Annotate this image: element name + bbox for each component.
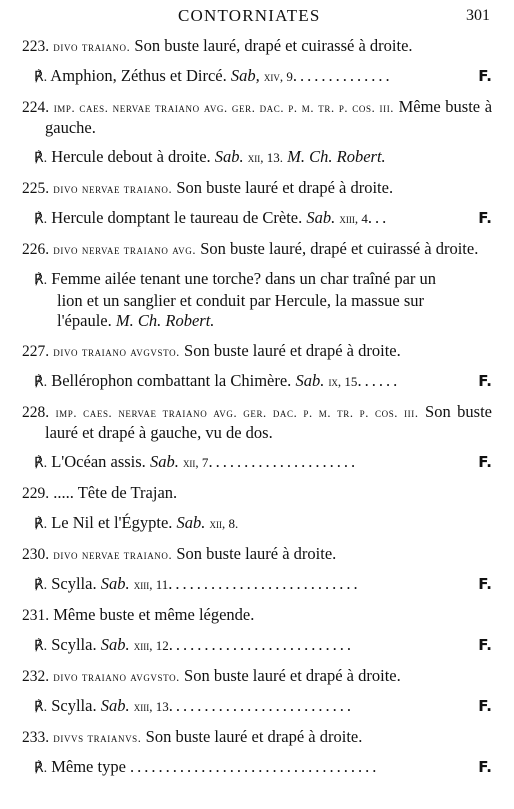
rarity-mark: F. bbox=[478, 635, 492, 655]
reverse-symbol-icon: ℟. bbox=[34, 761, 47, 776]
page-number: 301 bbox=[466, 7, 490, 25]
reverse-text: L'Océan assis. bbox=[51, 452, 146, 471]
rarity-mark: F. bbox=[478, 696, 492, 716]
reverse-text: Hercule debout à droite. bbox=[51, 147, 210, 166]
rarity-mark: F. bbox=[478, 208, 492, 228]
rarity-mark: F. bbox=[478, 574, 492, 594]
obverse-text: Son buste lauré et drapé à droite. bbox=[176, 178, 393, 197]
reverse-symbol-icon: ℟. bbox=[34, 700, 47, 715]
obverse-text: ..... Tête de Trajan. bbox=[53, 483, 177, 502]
dot-leader: .......................... bbox=[169, 635, 354, 654]
catalog-entry: 224. imp. caes. nervae traiano avg. ger.… bbox=[22, 97, 492, 169]
entry-number: 225. bbox=[22, 180, 49, 197]
dot-leader: ... bbox=[368, 208, 389, 227]
reference-source: Sab. bbox=[215, 147, 244, 166]
reverse-text: Le Nil et l'Égypte. bbox=[51, 513, 172, 532]
obverse-text: Son buste lauré à droite. bbox=[176, 544, 336, 563]
dot-leader: ...... bbox=[357, 371, 400, 390]
coin-legend: divo nervae traiano. bbox=[53, 548, 172, 562]
entry-number: 233. bbox=[22, 729, 49, 746]
obverse-description: 225. divo nervae traiano. Son buste laur… bbox=[22, 178, 492, 199]
obverse-description: 231. Même buste et même légende. bbox=[22, 605, 492, 626]
reverse-symbol-icon: ℟. bbox=[34, 517, 47, 532]
dot-leader: ................................... bbox=[130, 757, 379, 776]
catalog-entry: 223. divo traiano. Son buste lauré, drap… bbox=[22, 36, 492, 88]
reverse-text: Bellérophon combattant la Chimère. bbox=[51, 371, 291, 390]
obverse-text: Son buste lauré, drapé et cuirassé à dro… bbox=[134, 36, 412, 55]
reverse-text: Hercule domptant le taureau de Crète. bbox=[51, 208, 302, 227]
reverse-text: Scylla. bbox=[51, 635, 96, 654]
coin-legend: imp. caes. nervae traiano avg. ger. dac.… bbox=[56, 406, 419, 420]
reverse-symbol-icon: ℟. bbox=[34, 70, 47, 85]
entry-number: 230. bbox=[22, 546, 49, 563]
reverse-description: ℟. Amphion, Zéthus et Dircé. Sab, xiv, 9… bbox=[22, 66, 492, 88]
obverse-text: Son buste lauré et drapé à droite. bbox=[184, 341, 401, 360]
reverse-description: ℟. Même type ...........................… bbox=[22, 757, 492, 779]
reference-source: Sab. bbox=[101, 635, 130, 654]
reference-plate: xiii, 12 bbox=[134, 638, 169, 653]
reverse-symbol-icon: ℟. bbox=[34, 578, 47, 593]
reverse-symbol-icon: ℟. bbox=[34, 456, 47, 471]
obverse-description: 230. divo nervae traiano. Son buste laur… bbox=[22, 544, 492, 565]
entry-number: 231. bbox=[22, 607, 49, 624]
obverse-description: 224. imp. caes. nervae traiano avg. ger.… bbox=[22, 97, 492, 138]
obverse-description: 228. imp. caes. nervae traiano avg. ger.… bbox=[22, 402, 492, 443]
obverse-text: Son buste lauré, drapé et cuirassé à dro… bbox=[200, 239, 478, 258]
entry-number: 223. bbox=[22, 38, 49, 55]
reference-source: Sab. bbox=[306, 208, 335, 227]
obverse-description: 233. divvs traianvs. Son buste lauré et … bbox=[22, 727, 492, 748]
entry-number: 228. bbox=[22, 404, 49, 421]
entry-number: 227. bbox=[22, 343, 49, 360]
reference-source: Sab. bbox=[101, 696, 130, 715]
rarity-mark: F. bbox=[478, 757, 492, 777]
reverse-text: Scylla. bbox=[51, 574, 96, 593]
coin-legend: imp. caes. nervae traiano avg. ger. dac.… bbox=[54, 101, 394, 115]
reverse-description: ℟. Bellérophon combattant la Chimère. Sa… bbox=[22, 371, 492, 393]
entry-number: 226. bbox=[22, 241, 49, 258]
reverse-text: Femme ailée tenant une torche? dans un c… bbox=[51, 269, 436, 330]
reference-plate: xiii, 13 bbox=[134, 699, 169, 714]
coin-legend: divo traiano. bbox=[53, 40, 130, 54]
coin-legend: divo traiano avgvsto. bbox=[53, 345, 180, 359]
obverse-description: 227. divo traiano avgvsto. Son buste lau… bbox=[22, 341, 492, 362]
reverse-symbol-icon: ℟. bbox=[34, 273, 47, 288]
reverse-text: Amphion, Zéthus et Dircé. bbox=[50, 66, 226, 85]
obverse-text: Son buste lauré et drapé à droite. bbox=[146, 727, 363, 746]
catalog-entry: 229. ..... Tête de Trajan.℟. Le Nil et l… bbox=[22, 483, 492, 535]
catalog-entry: 231. Même buste et même légende.℟. Scyll… bbox=[22, 605, 492, 657]
obverse-description: 229. ..... Tête de Trajan. bbox=[22, 483, 492, 504]
coin-legend: divo nervae traiano avg. bbox=[53, 243, 196, 257]
reference-plate: xii, 8. bbox=[210, 516, 239, 531]
entry-number: 224. bbox=[22, 99, 49, 116]
reverse-description: ℟. Le Nil et l'Égypte. Sab. xii, 8. bbox=[22, 513, 492, 535]
page-header: CONTORNIATES 301 bbox=[0, 6, 514, 28]
reverse-text: Même type bbox=[51, 757, 126, 776]
obverse-text: Son buste lauré et drapé à droite. bbox=[184, 666, 401, 685]
coin-legend: divo traiano avgvsto. bbox=[53, 670, 180, 684]
catalog-entry: 233. divvs traianvs. Son buste lauré et … bbox=[22, 727, 492, 779]
obverse-text: Même buste et même légende. bbox=[53, 605, 254, 624]
reference-plate: xii, 13. bbox=[248, 150, 283, 165]
running-title: CONTORNIATES bbox=[178, 6, 321, 26]
catalog-entry: 230. divo nervae traiano. Son buste laur… bbox=[22, 544, 492, 596]
obverse-description: 226. divo nervae traiano avg. Son buste … bbox=[22, 239, 492, 260]
reverse-symbol-icon: ℟. bbox=[34, 212, 47, 227]
document-page: CONTORNIATES 301 223. divo traiano. Son … bbox=[0, 0, 514, 809]
dot-leader: ........................... bbox=[168, 574, 360, 593]
entry-number: 232. bbox=[22, 668, 49, 685]
rarity-mark: F. bbox=[478, 452, 492, 472]
obverse-description: 232. divo traiano avgvsto. Son buste lau… bbox=[22, 666, 492, 687]
reference-source: Sab, bbox=[231, 66, 260, 85]
coin-legend: divo nervae traiano. bbox=[53, 182, 172, 196]
coin-legend: divvs traianvs. bbox=[53, 731, 141, 745]
reverse-symbol-icon: ℟. bbox=[34, 375, 47, 390]
dot-leader: .......................... bbox=[169, 696, 354, 715]
entry-number: 229. bbox=[22, 485, 49, 502]
reference-plate: xii, 7 bbox=[183, 455, 209, 470]
catalog-entry: 225. divo nervae traiano. Son buste laur… bbox=[22, 178, 492, 230]
reference-source: Sab. bbox=[177, 513, 206, 532]
catalog-entry: 232. divo traiano avgvsto. Son buste lau… bbox=[22, 666, 492, 718]
reference-source: Sab. bbox=[101, 574, 130, 593]
obverse-description: 223. divo traiano. Son buste lauré, drap… bbox=[22, 36, 492, 57]
reverse-description: ℟. Hercule debout à droite. Sab. xii, 13… bbox=[22, 147, 492, 169]
reference-source: Sab. bbox=[295, 371, 324, 390]
catalog-entry: 228. imp. caes. nervae traiano avg. ger.… bbox=[22, 402, 492, 474]
dot-leader: .............. bbox=[293, 66, 393, 85]
reverse-description: ℟. Femme ailée tenant une torche? dans u… bbox=[22, 269, 492, 332]
reverse-description: ℟. Scylla. Sab. xiii, 12................… bbox=[22, 635, 492, 657]
collection-note: M. Ch. Robert. bbox=[287, 147, 386, 166]
reverse-description: ℟. Hercule domptant le taureau de Crète.… bbox=[22, 208, 492, 230]
reverse-description: ℟. Scylla. Sab. xiii, 13................… bbox=[22, 696, 492, 718]
reverse-symbol-icon: ℟. bbox=[34, 639, 47, 654]
reference-plate: ix, 15 bbox=[328, 374, 357, 389]
reference-plate: xiii, 4 bbox=[339, 211, 368, 226]
catalog-entry: 227. divo traiano avgvsto. Son buste lau… bbox=[22, 341, 492, 393]
rarity-mark: F. bbox=[478, 371, 492, 391]
reference-plate: xiii, 11 bbox=[134, 577, 169, 592]
dot-leader: ..................... bbox=[208, 452, 358, 471]
catalog-entry: 226. divo nervae traiano avg. Son buste … bbox=[22, 239, 492, 332]
reference-plate: xiv, 9 bbox=[264, 69, 293, 84]
reverse-description: ℟. L'Océan assis. Sab. xii, 7...........… bbox=[22, 452, 492, 474]
rarity-mark: F. bbox=[478, 66, 492, 86]
catalog-entries: 223. divo traiano. Son buste lauré, drap… bbox=[22, 36, 492, 788]
collection-note: M. Ch. Robert. bbox=[116, 311, 215, 330]
reverse-symbol-icon: ℟. bbox=[34, 151, 47, 166]
reference-source: Sab. bbox=[150, 452, 179, 471]
reverse-text: Scylla. bbox=[51, 696, 96, 715]
reverse-description: ℟. Scylla. Sab. xiii, 11................… bbox=[22, 574, 492, 596]
